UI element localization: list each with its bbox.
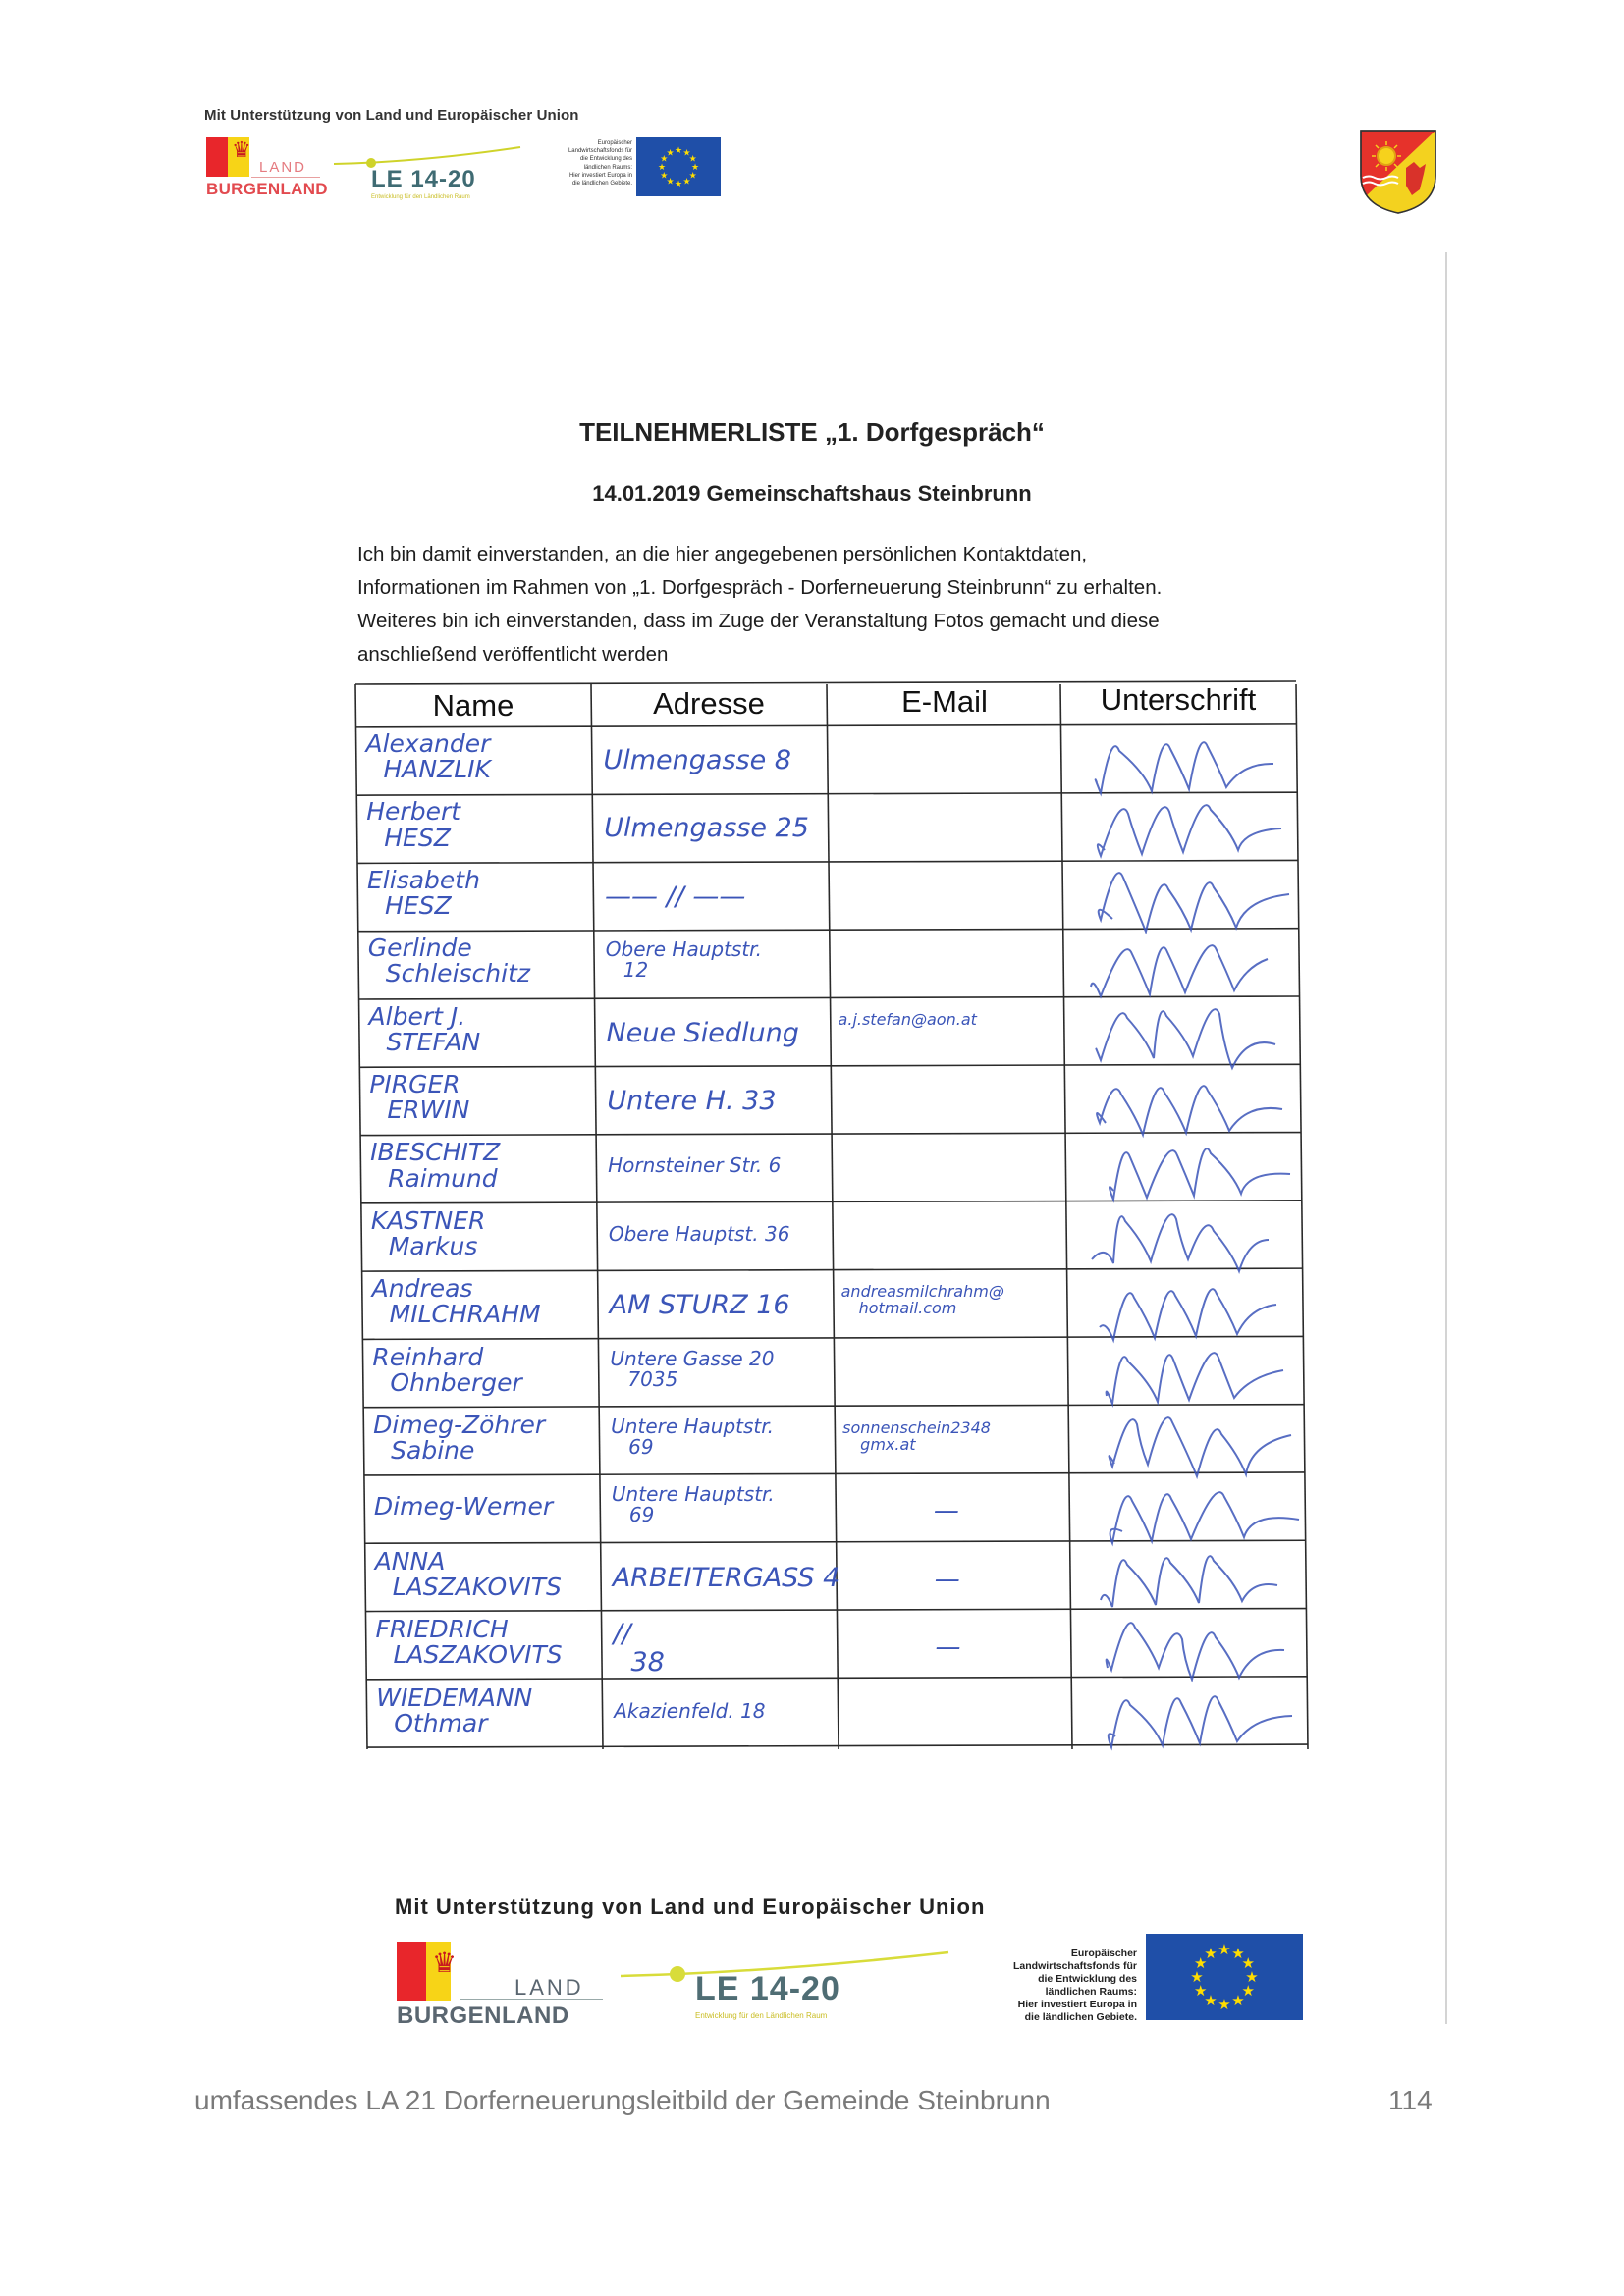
participant-address-line: //: [613, 1621, 664, 1648]
participant-name-line: Elisabeth: [367, 868, 480, 893]
participant-address: Obere Hauptstr.12: [606, 939, 762, 981]
consent-line: Weiteres bin ich einverstanden, dass im …: [357, 605, 1329, 638]
participant-name-line: Ohnberger: [372, 1370, 521, 1396]
participant-address: Untere H. 33: [607, 1088, 776, 1115]
participant-name: WIEDEMANNOthmar: [376, 1685, 532, 1737]
signature-scribble-icon: [1069, 928, 1305, 1006]
eafrd-text: Europäischer Landwirtschaftsfonds für di…: [530, 139, 632, 187]
participant-email-line: —: [935, 1634, 960, 1661]
participant-name-line: LASZAKOVITS: [375, 1575, 562, 1600]
svg-text:★: ★: [675, 145, 682, 155]
participant-email-line: —: [935, 1567, 960, 1593]
le-title: LE 14-20: [371, 166, 476, 193]
participant-email: —: [934, 1498, 959, 1524]
participant-email-line: —: [934, 1498, 959, 1524]
participant-email: —: [935, 1567, 960, 1593]
page-number: 114: [1388, 2085, 1433, 2116]
column-header-name: Name: [355, 688, 591, 723]
le-subtitle: Entwicklung für den Ländlichen Raum: [695, 2011, 827, 2020]
participant-address: Ulmengasse 8: [603, 747, 790, 774]
participant-name: FRIEDRICHLASZAKOVITS: [375, 1617, 562, 1669]
eu-flag-icon: ★★★★★★★★★★★★: [1146, 1934, 1303, 2020]
participant-address-line: 69: [612, 1505, 775, 1525]
participant-name-line: Albert J.: [369, 1004, 481, 1030]
participant-name-line: MILCHRAHM: [372, 1302, 541, 1327]
burgenland-logo: ♛ LAND BURGENLAND: [206, 137, 322, 198]
participant-address: AM STURZ 16: [610, 1292, 790, 1319]
participant-address: Untere Hauptstr.69: [611, 1416, 774, 1458]
eafrd-line: Europäischer: [972, 1948, 1137, 1960]
support-banner-text: Mit Unterstützung von Land und Europäisc…: [204, 107, 579, 124]
participant-address-line: Obere Hauptst. 36: [609, 1224, 790, 1245]
page-subtitle: 14.01.2019 Gemeinschaftshaus Steinbrunn: [0, 481, 1624, 507]
participant-name-line: Sabine: [373, 1438, 545, 1464]
participant-address-line: Ulmengasse 25: [604, 815, 809, 842]
eafrd-line: ländlichen Raums:: [972, 1986, 1137, 1999]
participant-address-line: Obere Hauptstr.: [606, 939, 762, 960]
burgenland-logo-bottom: ♛ LAND BURGENLAND: [397, 1942, 603, 2030]
participant-name-line: Herbert: [366, 799, 460, 825]
signature-scribble-icon: [1070, 1064, 1306, 1143]
eafrd-line: Landwirtschaftsfonds für: [530, 147, 632, 155]
participant-address: ARBEITERGASS 4: [613, 1565, 840, 1592]
svg-text:★: ★: [660, 171, 668, 181]
participant-name-line: Andreas: [372, 1276, 541, 1302]
consent-statement: Ich bin damit einverstanden, an die hier…: [357, 538, 1329, 671]
participant-name-line: ERWIN: [369, 1097, 469, 1123]
eafrd-line: die Entwicklung des: [972, 1973, 1137, 1986]
le-title: LE 14-20: [695, 1970, 840, 2008]
signature-scribble-icon: [1067, 791, 1303, 870]
participant-email: a.j.stefan@aon.at: [839, 1012, 977, 1029]
signature-scribble-icon: [1074, 1405, 1310, 1483]
burgenland-name: BURGENLAND: [206, 180, 328, 199]
signature-scribble-icon: [1076, 1609, 1312, 1687]
participant-email: —: [935, 1634, 960, 1661]
participant-address-line: Untere Gasse 20: [610, 1349, 774, 1369]
svg-text:★: ★: [658, 162, 666, 172]
participant-name-line: KASTNER: [371, 1208, 486, 1234]
svg-text:★: ★: [1204, 1946, 1217, 1962]
participant-address: Akazienfeld. 18: [614, 1701, 765, 1722]
eafrd-line: Europäischer: [530, 139, 632, 147]
svg-text:★: ★: [1231, 1993, 1244, 2009]
eafrd-logo-bottom: Europäischer Landwirtschaftsfonds für di…: [972, 1934, 1306, 2024]
participant-name-line: WIEDEMANN: [376, 1685, 532, 1711]
participant-name-line: HESZ: [366, 826, 460, 851]
participant-name: GerlindeSchleischitz: [368, 935, 530, 988]
burgenland-land-label: LAND: [514, 1975, 584, 2001]
participant-name: ANNALASZAKOVITS: [375, 1549, 562, 1601]
participant-address: Neue Siedlung: [607, 1020, 799, 1047]
participant-name-line: Markus: [371, 1234, 486, 1259]
participant-address-line: Ulmengasse 8: [603, 747, 790, 774]
participant-name: AlexanderHANZLIK: [365, 731, 490, 783]
participant-address-line: ARBEITERGASS 4: [613, 1565, 840, 1592]
signature-scribble-icon: [1072, 1201, 1308, 1279]
burgenland-name: BURGENLAND: [397, 2002, 569, 2030]
participant-name: AndreasMILCHRAHM: [372, 1276, 541, 1328]
participant-email-line: gmx.at: [842, 1437, 991, 1454]
participant-name: ReinhardOhnberger: [372, 1345, 521, 1397]
signature-scribble-icon: [1076, 1541, 1312, 1620]
le-subtitle: Entwicklung für den Ländlichen Raum: [371, 194, 470, 200]
le-14-20-logo-bottom: LE 14-20 Entwicklung für den Ländlichen …: [619, 1949, 952, 2027]
signature-scribble-icon: [1077, 1678, 1313, 1756]
participant-address-line: 7035: [610, 1369, 774, 1390]
participant-name: KASTNERMarkus: [371, 1208, 486, 1260]
burgenland-flag-red: [397, 1942, 426, 2001]
eu-flag-icon: ★★★★★★★★★★★★: [636, 137, 721, 196]
eagle-icon: ♛: [432, 1949, 457, 1977]
eafrd-line: Landwirtschaftsfonds für: [972, 1960, 1137, 1973]
burgenland-land-label: LAND: [259, 159, 306, 176]
signature-scribble-icon: [1066, 723, 1302, 802]
participant-address-line: Untere Hauptstr.: [612, 1484, 775, 1505]
participant-email-line: a.j.stefan@aon.at: [839, 1012, 977, 1029]
svg-text:★: ★: [682, 177, 690, 187]
le-14-20-logo: LE 14-20 Entwicklung für den Ländlichen …: [324, 142, 530, 201]
participant-email: andreasmilchrahm@hotmail.com: [841, 1284, 1004, 1317]
consent-line: Ich bin damit einverstanden, an die hier…: [357, 538, 1329, 571]
participant-name-line: IBESCHITZ: [370, 1140, 500, 1165]
participant-name-line: LASZAKOVITS: [375, 1642, 562, 1668]
participant-name-line: Dimeg-Zöhrer: [373, 1413, 545, 1438]
column-header-email: E-Mail: [827, 684, 1062, 720]
participant-address-line: Neue Siedlung: [607, 1020, 799, 1047]
support-banner-text-bottom: Mit Unterstützung von Land und Europäisc…: [395, 1895, 985, 1920]
eafrd-line: die ländlichen Gebiete.: [530, 180, 632, 187]
participant-address-line: Untere Hauptstr.: [611, 1416, 774, 1437]
participant-address-line: 38: [613, 1649, 664, 1677]
participant-address-line: Hornsteiner Str. 6: [608, 1155, 781, 1176]
column-header-address: Adresse: [591, 686, 827, 721]
participant-name-line: Reinhard: [372, 1345, 521, 1370]
eafrd-line: die ländlichen Gebiete.: [972, 2011, 1137, 2024]
coat-of-arms-icon: [1359, 129, 1437, 215]
participant-address: Obere Hauptst. 36: [609, 1224, 790, 1245]
participant-email: sonnenschein2348gmx.at: [842, 1420, 991, 1454]
signature-scribble-icon: [1073, 1337, 1309, 1415]
participant-address-line: 12: [606, 960, 762, 981]
divider: [251, 177, 320, 178]
participant-address: //38: [613, 1621, 664, 1677]
participant-address: Ulmengasse 25: [604, 815, 809, 842]
page-title: TEILNEHMERLISTE „1. Dorfgespräch“: [0, 417, 1624, 448]
participant-address: Hornsteiner Str. 6: [608, 1155, 781, 1176]
participant-name-line: Dimeg-Werner: [374, 1494, 553, 1520]
divider: [460, 1999, 603, 2000]
participant-address-line: —— // ——: [605, 883, 745, 911]
participant-name: Dimeg-Werner: [374, 1494, 553, 1520]
participant-name-line: Raimund: [370, 1166, 500, 1192]
signature-scribble-icon: [1071, 1132, 1307, 1210]
svg-text:★: ★: [1218, 1997, 1230, 2013]
participant-address-line: Akazienfeld. 18: [614, 1701, 765, 1722]
participant-name-line: HESZ: [367, 893, 480, 919]
signature-scribble-icon: [1075, 1472, 1311, 1551]
participant-name-line: ANNA: [375, 1549, 562, 1575]
document-footer-title: umfassendes LA 21 Dorferneuerungsleitbil…: [194, 2085, 1051, 2116]
participant-address: Untere Gasse 207035: [610, 1349, 774, 1390]
participant-name-line: STEFAN: [369, 1030, 481, 1055]
signature-scribble-icon: [1068, 860, 1304, 938]
page-margin-rule: [1445, 252, 1447, 2024]
eafrd-text: Europäischer Landwirtschaftsfonds für di…: [972, 1948, 1137, 2024]
signature-scribble-icon: [1073, 1268, 1309, 1347]
participant-name: PIRGERERWIN: [369, 1072, 469, 1124]
consent-line: Informationen im Rahmen von „1. Dorfgesp…: [357, 571, 1329, 605]
participant-name-line: PIRGER: [369, 1072, 469, 1097]
participant-name: ElisabethHESZ: [367, 868, 480, 920]
eafrd-line: ländlichen Raums:: [530, 164, 632, 172]
participant-name-line: Othmar: [376, 1711, 532, 1736]
eafrd-line: Hier investiert Europa in: [530, 172, 632, 180]
participant-name: HerbertHESZ: [366, 799, 460, 851]
eafrd-line: die Entwicklung des: [530, 155, 632, 163]
participant-name-line: Schleischitz: [368, 961, 530, 987]
participant-name-line: Gerlinde: [368, 935, 530, 961]
participant-email-line: hotmail.com: [841, 1301, 1004, 1317]
participant-address-line: Untere H. 33: [607, 1088, 776, 1115]
svg-text:★: ★: [1218, 1942, 1230, 1958]
participant-name-line: Alexander: [365, 731, 490, 757]
column-header-signature: Unterschrift: [1060, 682, 1296, 718]
eafrd-logo: Europäischer Landwirtschaftsfonds für di…: [530, 135, 717, 200]
participant-address-line: 69: [611, 1437, 774, 1458]
svg-text:★: ★: [675, 179, 682, 188]
participant-name: Dimeg-ZöhrerSabine: [373, 1413, 545, 1465]
participant-address: Untere Hauptstr.69: [612, 1484, 775, 1525]
participant-address-line: AM STURZ 16: [610, 1292, 790, 1319]
participant-address: —— // ——: [605, 883, 745, 911]
burgenland-flag-red: [206, 137, 228, 177]
eagle-icon: ♛: [232, 139, 251, 161]
svg-text:★: ★: [666, 147, 674, 157]
participant-name-line: HANZLIK: [365, 757, 490, 782]
participant-name: IBESCHITZRaimund: [370, 1140, 500, 1192]
eafrd-line: Hier investiert Europa in: [972, 1999, 1137, 2011]
participant-name-line: FRIEDRICH: [375, 1617, 562, 1642]
participant-name: Albert J.STEFAN: [369, 1004, 481, 1056]
signature-scribble-icon: [1070, 996, 1306, 1075]
consent-line: anschließend veröffentlicht werden: [357, 638, 1329, 671]
participant-table: Name Adresse E-Mail Unterschrift Alexand…: [355, 684, 1313, 1749]
